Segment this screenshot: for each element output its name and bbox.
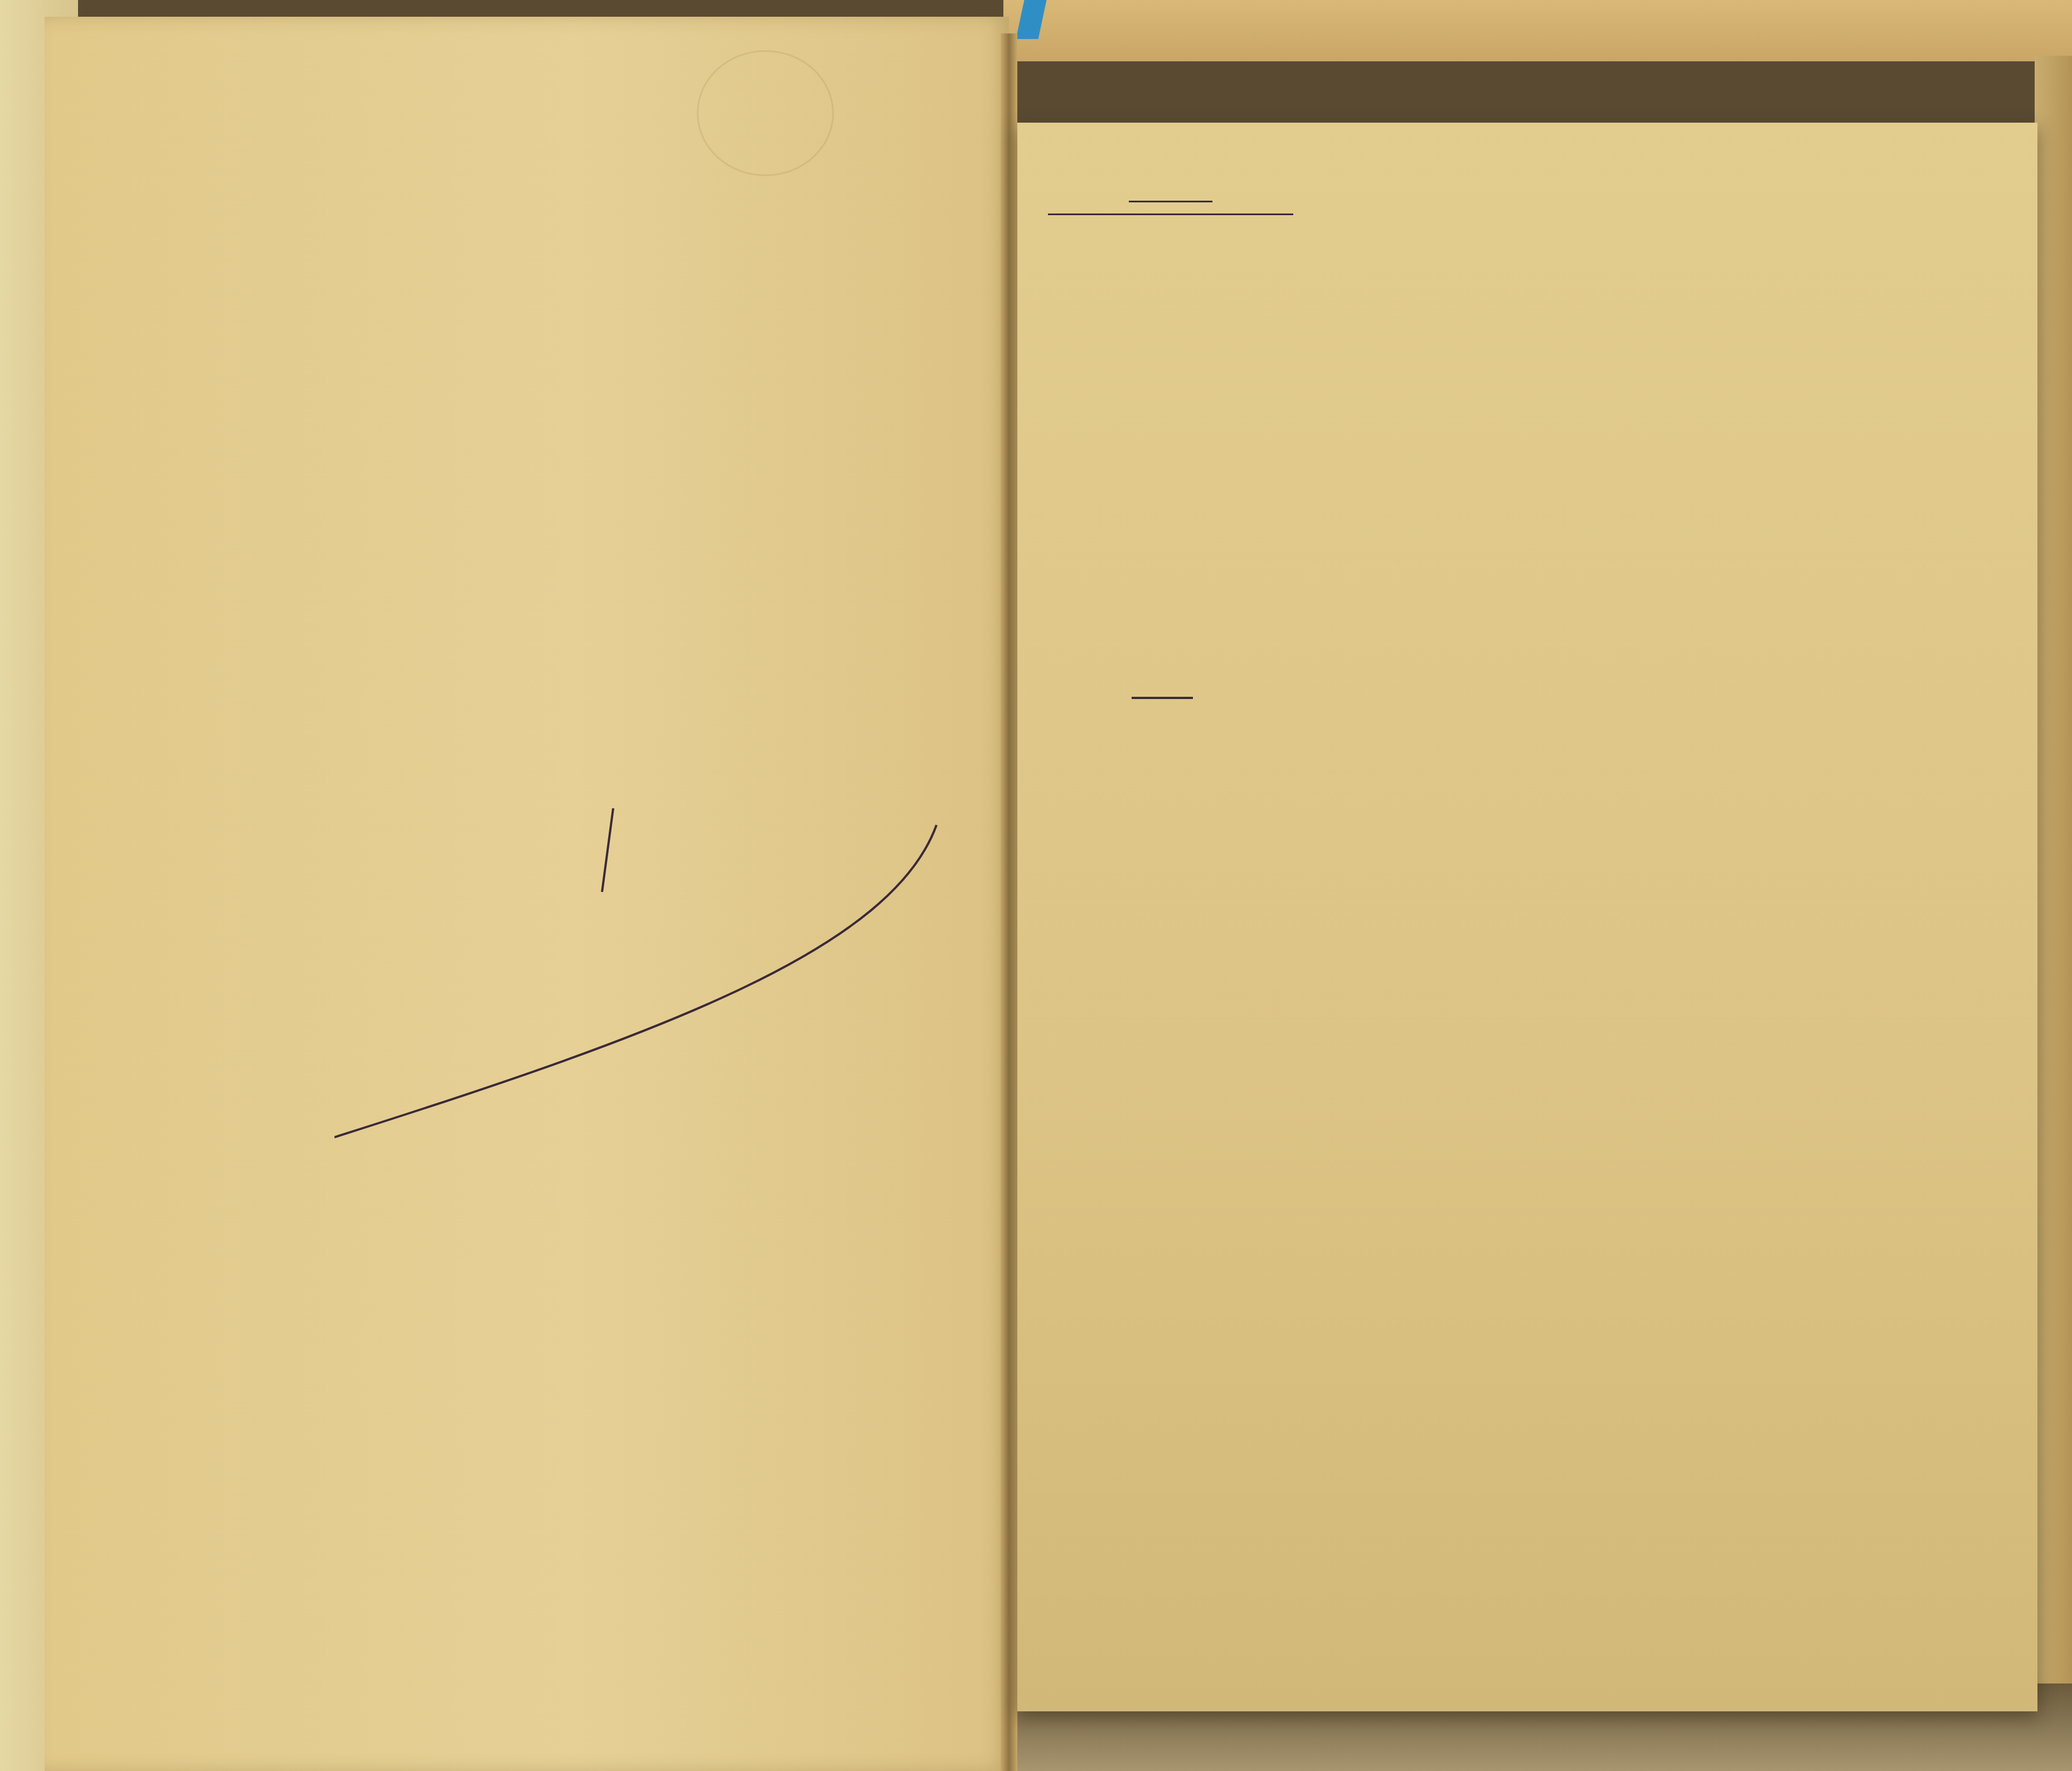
letterhead-department	[1048, 214, 1293, 215]
letterhead-divider	[1129, 201, 1212, 202]
letterhead	[1048, 190, 1293, 215]
faint-seal-impression	[697, 50, 834, 176]
book-gutter	[1001, 33, 1017, 1771]
signature-flourish	[334, 780, 976, 1143]
subject-divider	[1132, 697, 1193, 699]
background-paper-top	[1003, 0, 2072, 61]
right-page	[1017, 123, 2037, 1711]
document-photo	[0, 0, 2072, 1771]
background-paper-right	[2035, 56, 2072, 1771]
